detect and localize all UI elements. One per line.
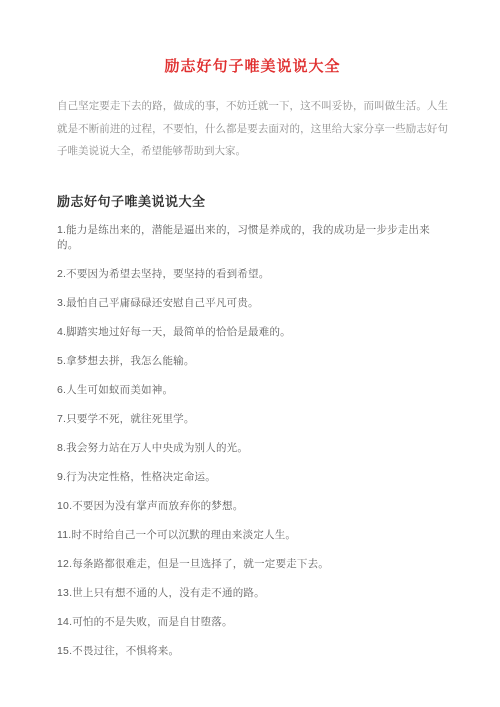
intro-paragraph: 自己坚定要走下去的路，做成的事，不妨迁就一下，这不叫妥协，而叫做生活。人生就是不… [57, 95, 448, 163]
article-page: 励志好句子唯美说说大全 自己坚定要走下去的路，做成的事，不妨迁就一下，这不叫妥协… [0, 0, 500, 707]
quote-item: 8.我会努力站在万人中央成为别人的光。 [57, 441, 448, 456]
quote-item: 1.能力是练出来的，潜能是逼出来的，习惯是养成的，我的成功是一步步走出来的。 [57, 223, 448, 253]
quote-item: 10.不要因为没有掌声而放弃你的梦想。 [57, 499, 448, 514]
quote-item: 14.可怕的不是失败，而是自甘堕落。 [57, 615, 448, 630]
section-heading: 励志好句子唯美说说大全 [57, 194, 448, 210]
quote-item: 2.不要因为希望去坚持，要坚持的看到希望。 [57, 267, 448, 282]
quote-item: 12.每条路都很难走，但是一旦选择了，就一定要走下去。 [57, 557, 448, 572]
quote-item: 11.时不时给自己一个可以沉默的理由来淡定人生。 [57, 528, 448, 543]
quote-item: 6.人生可如蚁而美如神。 [57, 383, 448, 398]
quote-item: 15.不畏过往，不惧将来。 [57, 644, 448, 659]
quote-item: 5.拿梦想去拼，我怎么能输。 [57, 354, 448, 369]
quote-item: 3.最怕自己平庸碌碌还安慰自己平凡可贵。 [57, 296, 448, 311]
quote-list: 1.能力是练出来的，潜能是逼出来的，习惯是养成的，我的成功是一步步走出来的。2.… [57, 223, 448, 659]
page-title: 励志好句子唯美说说大全 [57, 57, 448, 77]
quote-item: 9.行为决定性格，性格决定命运。 [57, 470, 448, 485]
quote-item: 13.世上只有想不通的人，没有走不通的路。 [57, 586, 448, 601]
quote-item: 4.脚踏实地过好每一天，最简单的恰恰是最难的。 [57, 325, 448, 340]
quote-item: 7.只要学不死，就往死里学。 [57, 412, 448, 427]
